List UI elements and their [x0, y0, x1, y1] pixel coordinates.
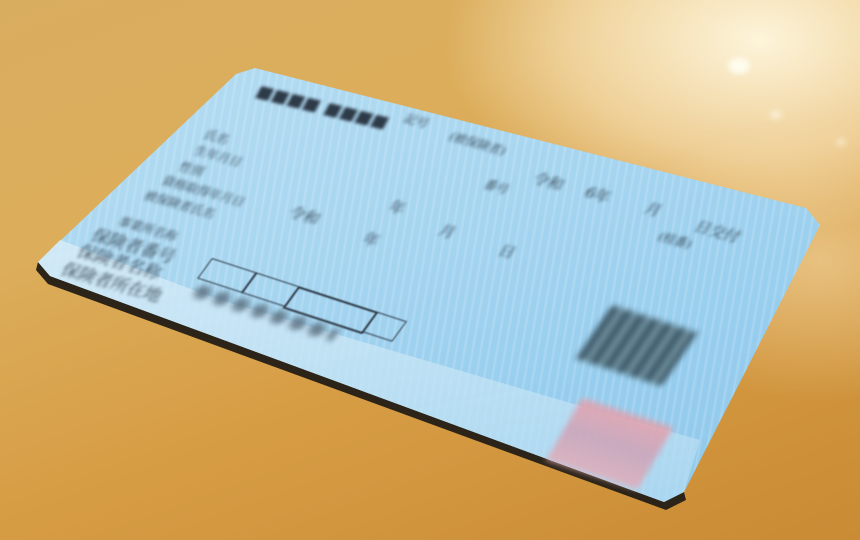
light-glint	[836, 138, 846, 146]
light-glint	[770, 110, 782, 119]
light-glint	[728, 58, 750, 74]
